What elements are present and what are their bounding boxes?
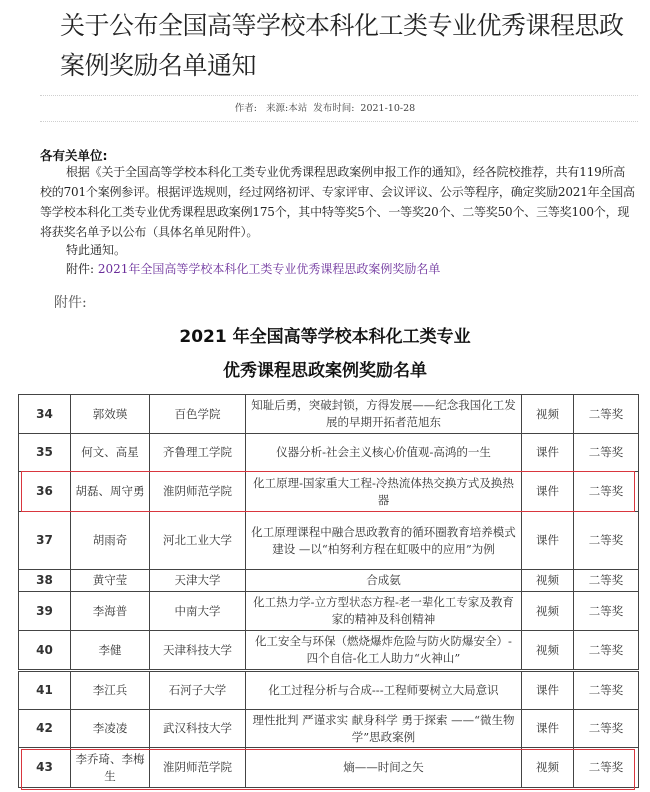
cell-award: 二等奖 — [574, 671, 639, 710]
cell-no: 36 — [19, 472, 71, 512]
attachment-link[interactable]: 2021年全国高等学校本科化工类专业优秀课程思政案例奖励名单 — [98, 262, 441, 276]
divider — [40, 95, 638, 96]
attachment-label: 附件: — [66, 262, 94, 276]
cell-type: 课件 — [522, 472, 574, 512]
table-row: 39 李海普 中南大学 化工热力学-立方型状态方程-老一辈化工专家及教育家的精神… — [19, 592, 639, 631]
cell-no: 37 — [19, 512, 71, 570]
cell-school: 齐鲁理工学院 — [150, 434, 246, 472]
cell-title: 仪器分析-社会主义核心价值观-高鸿的一生 — [246, 434, 522, 472]
cell-title: 化工过程分析与合成---工程师要树立大局意识 — [246, 671, 522, 710]
published-label: 发布时间: — [313, 103, 354, 114]
cell-award: 二等奖 — [574, 395, 639, 434]
cell-no: 39 — [19, 592, 71, 631]
cell-title: 知耻后勇，突破封锁，方得发展——纪念我国化工发展的早期开拓者范旭东 — [246, 395, 522, 434]
cell-award: 二等奖 — [574, 434, 639, 472]
table-row: 41 李江兵 石河子大学 化工过程分析与合成---工程师要树立大局意识 课件 二… — [19, 671, 639, 710]
cell-names: 胡雨奇 — [71, 512, 150, 570]
cell-type: 课件 — [522, 710, 574, 748]
cell-type: 视频 — [522, 395, 574, 434]
cell-type: 视频 — [522, 570, 574, 592]
cell-type: 课件 — [522, 434, 574, 472]
source-label: 来源:本站 — [266, 103, 307, 114]
cell-no: 42 — [19, 710, 71, 748]
cell-school: 武汉科技大学 — [150, 710, 246, 748]
cell-names: 郭效瑛 — [71, 395, 150, 434]
cell-title: 合成氨 — [246, 570, 522, 592]
cell-no: 34 — [19, 395, 71, 434]
cell-no: 38 — [19, 570, 71, 592]
body-paragraph: 根据《关于全国高等学校本科化工类专业优秀课程思政案例申报工作的通知》，经各院校推… — [40, 162, 635, 242]
cell-title: 熵——时间之矢 — [246, 748, 522, 788]
cell-title: 化工热力学-立方型状态方程-老一辈化工专家及教育家的精神及科创精神 — [246, 592, 522, 631]
cell-school: 百色学院 — [150, 395, 246, 434]
table-row-highlighted: 43 李乔琦、李梅生 淮阴师范学院 熵——时间之矢 视频 二等奖 — [19, 748, 639, 788]
list-title-line2: 优秀课程思政案例奖励名单 — [0, 356, 650, 381]
cell-award: 二等奖 — [574, 512, 639, 570]
table-row: 34 郭效瑛 百色学院 知耻后勇，突破封锁，方得发展——纪念我国化工发展的早期开… — [19, 395, 639, 434]
cell-award: 二等奖 — [574, 631, 639, 671]
award-table: 34 郭效瑛 百色学院 知耻后勇，突破封锁，方得发展——纪念我国化工发展的早期开… — [18, 394, 639, 788]
table-row: 37 胡雨奇 河北工业大学 化工原理课程中融合思政教育的循环圈教育培养模式建设 … — [19, 512, 639, 570]
cell-school: 天津科技大学 — [150, 631, 246, 671]
cell-names: 黄守莹 — [71, 570, 150, 592]
divider — [40, 121, 638, 122]
cell-title: 理性批判 严谨求实 献身科学 勇于探索 ——“微生物学”思政案例 — [246, 710, 522, 748]
cell-type: 视频 — [522, 631, 574, 671]
article-meta: 作者: 来源:本站发布时间:2021-10-28 — [0, 100, 650, 114]
cell-school: 天津大学 — [150, 570, 246, 592]
table-row: 40 李健 天津科技大学 化工安全与环保（燃烧爆炸危险与防火防爆安全）-四个自信… — [19, 631, 639, 671]
table-row: 38 黄守莹 天津大学 合成氨 视频 二等奖 — [19, 570, 639, 592]
cell-award: 二等奖 — [574, 472, 639, 512]
cell-no: 43 — [19, 748, 71, 788]
cell-award: 二等奖 — [574, 592, 639, 631]
list-title-line1: 2021 年全国高等学校本科化工类专业 — [0, 322, 650, 347]
cell-no: 35 — [19, 434, 71, 472]
cell-award: 二等奖 — [574, 710, 639, 748]
cell-school: 淮阴师范学院 — [150, 472, 246, 512]
cell-title: 化工原理课程中融合思政教育的循环圈教育培养模式建设 —以“柏努利方程在虹吸中的应… — [246, 512, 522, 570]
cell-no: 40 — [19, 631, 71, 671]
closing-text: 特此通知。 — [66, 241, 126, 258]
table-row-highlighted: 36 胡磊、周守勇 淮阴师范学院 化工原理-国家重大工程-冷热流体热交换方式及换… — [19, 472, 639, 512]
author-label: 作者: — [235, 103, 257, 114]
page-title: 关于公布全国高等学校本科化工类专业优秀课程思政案例奖励名单通知 — [60, 6, 640, 86]
cell-names: 李乔琦、李梅生 — [71, 748, 150, 788]
cell-school: 石河子大学 — [150, 671, 246, 710]
cell-type: 视频 — [522, 592, 574, 631]
cell-names: 李江兵 — [71, 671, 150, 710]
cell-school: 淮阴师范学院 — [150, 748, 246, 788]
table-row: 42 李凌凌 武汉科技大学 理性批判 严谨求实 献身科学 勇于探索 ——“微生物… — [19, 710, 639, 748]
published-date: 2021-10-28 — [360, 103, 415, 114]
cell-type: 视频 — [522, 748, 574, 788]
cell-type: 课件 — [522, 671, 574, 710]
cell-names: 李凌凌 — [71, 710, 150, 748]
cell-names: 李健 — [71, 631, 150, 671]
cell-names: 李海普 — [71, 592, 150, 631]
attachment-image-label: 附件: — [54, 292, 87, 312]
cell-award: 二等奖 — [574, 570, 639, 592]
cell-type: 课件 — [522, 512, 574, 570]
cell-title: 化工原理-国家重大工程-冷热流体热交换方式及换热器 — [246, 472, 522, 512]
cell-title: 化工安全与环保（燃烧爆炸危险与防火防爆安全）-四个自信-化工人助力“火神山” — [246, 631, 522, 671]
cell-no: 41 — [19, 671, 71, 710]
cell-award: 二等奖 — [574, 748, 639, 788]
attachment-line: 附件: 2021年全国高等学校本科化工类专业优秀课程思政案例奖励名单 — [66, 260, 440, 277]
cell-school: 河北工业大学 — [150, 512, 246, 570]
table-row: 35 何文、高星 齐鲁理工学院 仪器分析-社会主义核心价值观-高鸿的一生 课件 … — [19, 434, 639, 472]
cell-names: 何文、高星 — [71, 434, 150, 472]
cell-names: 胡磊、周守勇 — [71, 472, 150, 512]
cell-school: 中南大学 — [150, 592, 246, 631]
